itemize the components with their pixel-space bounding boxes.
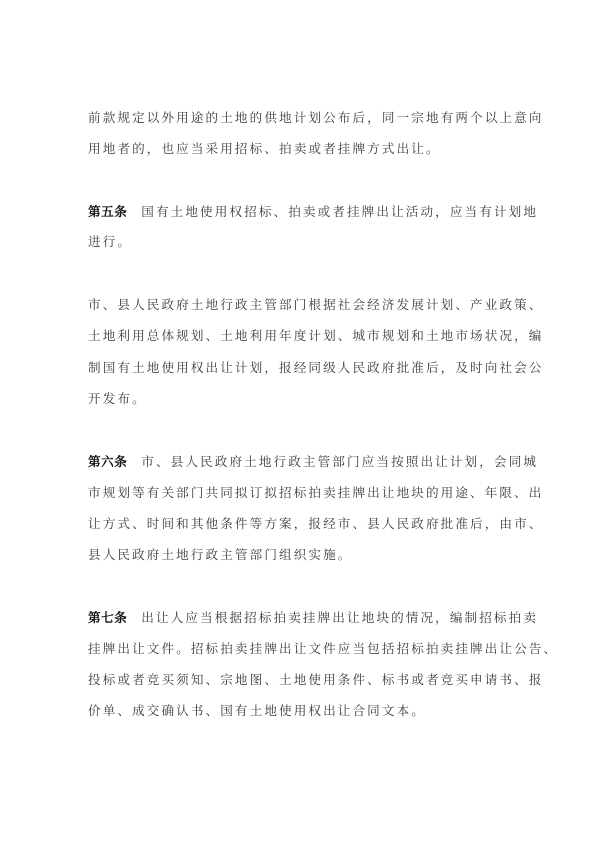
paragraph-line: 市规划等有关部门共同拟订拟招标拍卖挂牌出让地块的用途、年限、出 (88, 485, 518, 501)
article-6-first-line: 第六条市、县人民政府土地行政主管部门应当按照出让计划，会同城 (88, 454, 518, 470)
paragraph-text: 市、县人民政府土地行政主管部门应当按照出让计划，会同城 (141, 454, 538, 469)
document-page: 前款规定以外用途的土地的供地计划公布后，同一宗地有两个以上意向 用地者的，也应当… (0, 0, 595, 841)
article-label: 第五条 (88, 204, 127, 219)
article-7-first-line: 第七条出让人应当根据招标拍卖挂牌出让地块的情况，编制招标拍卖 (88, 610, 518, 626)
paragraph-line: 投标或者竞买须知、宗地图、土地使用条件、标书或者竞买申请书、报 (88, 672, 518, 688)
paragraph-line: 开发布。 (88, 391, 518, 407)
paragraph-line: 让方式、时间和其他条件等方案，报经市、县人民政府批准后，由市、 (88, 516, 518, 532)
paragraph-line: 进行。 (88, 234, 518, 250)
paragraph-line: 前款规定以外用途的土地的供地计划公布后，同一宗地有两个以上意向 (88, 110, 518, 126)
paragraph-line: 土地利用总体规划、土地利用年度计划、城市规划和土地市场状况，编 (88, 328, 518, 344)
article-label: 第七条 (88, 610, 127, 625)
article-5-first-line: 第五条国有土地使用权招标、拍卖或者挂牌出让活动，应当有计划地 (88, 204, 518, 220)
paragraph-line: 价单、成交确认书、国有土地使用权出让合同文本。 (88, 703, 518, 719)
paragraph-line: 制国有土地使用权出让计划，报经同级人民政府批准后，及时向社会公 (88, 360, 518, 376)
article-label: 第六条 (88, 454, 127, 469)
paragraph-line: 挂牌出让文件。招标拍卖挂牌出让文件应当包括招标拍卖挂牌出让公告、 (88, 641, 518, 657)
paragraph-text: 国有土地使用权招标、拍卖或者挂牌出让活动，应当有计划地 (141, 204, 538, 219)
paragraph-line: 县人民政府土地行政主管部门组织实施。 (88, 547, 518, 563)
paragraph-line: 市、县人民政府土地行政主管部门根据社会经济发展计划、产业政策、 (88, 297, 518, 313)
paragraph-line: 用地者的，也应当采用招标、拍卖或者挂牌方式出让。 (88, 141, 518, 157)
paragraph-text: 出让人应当根据招标拍卖挂牌出让地块的情况，编制招标拍卖 (141, 610, 538, 625)
